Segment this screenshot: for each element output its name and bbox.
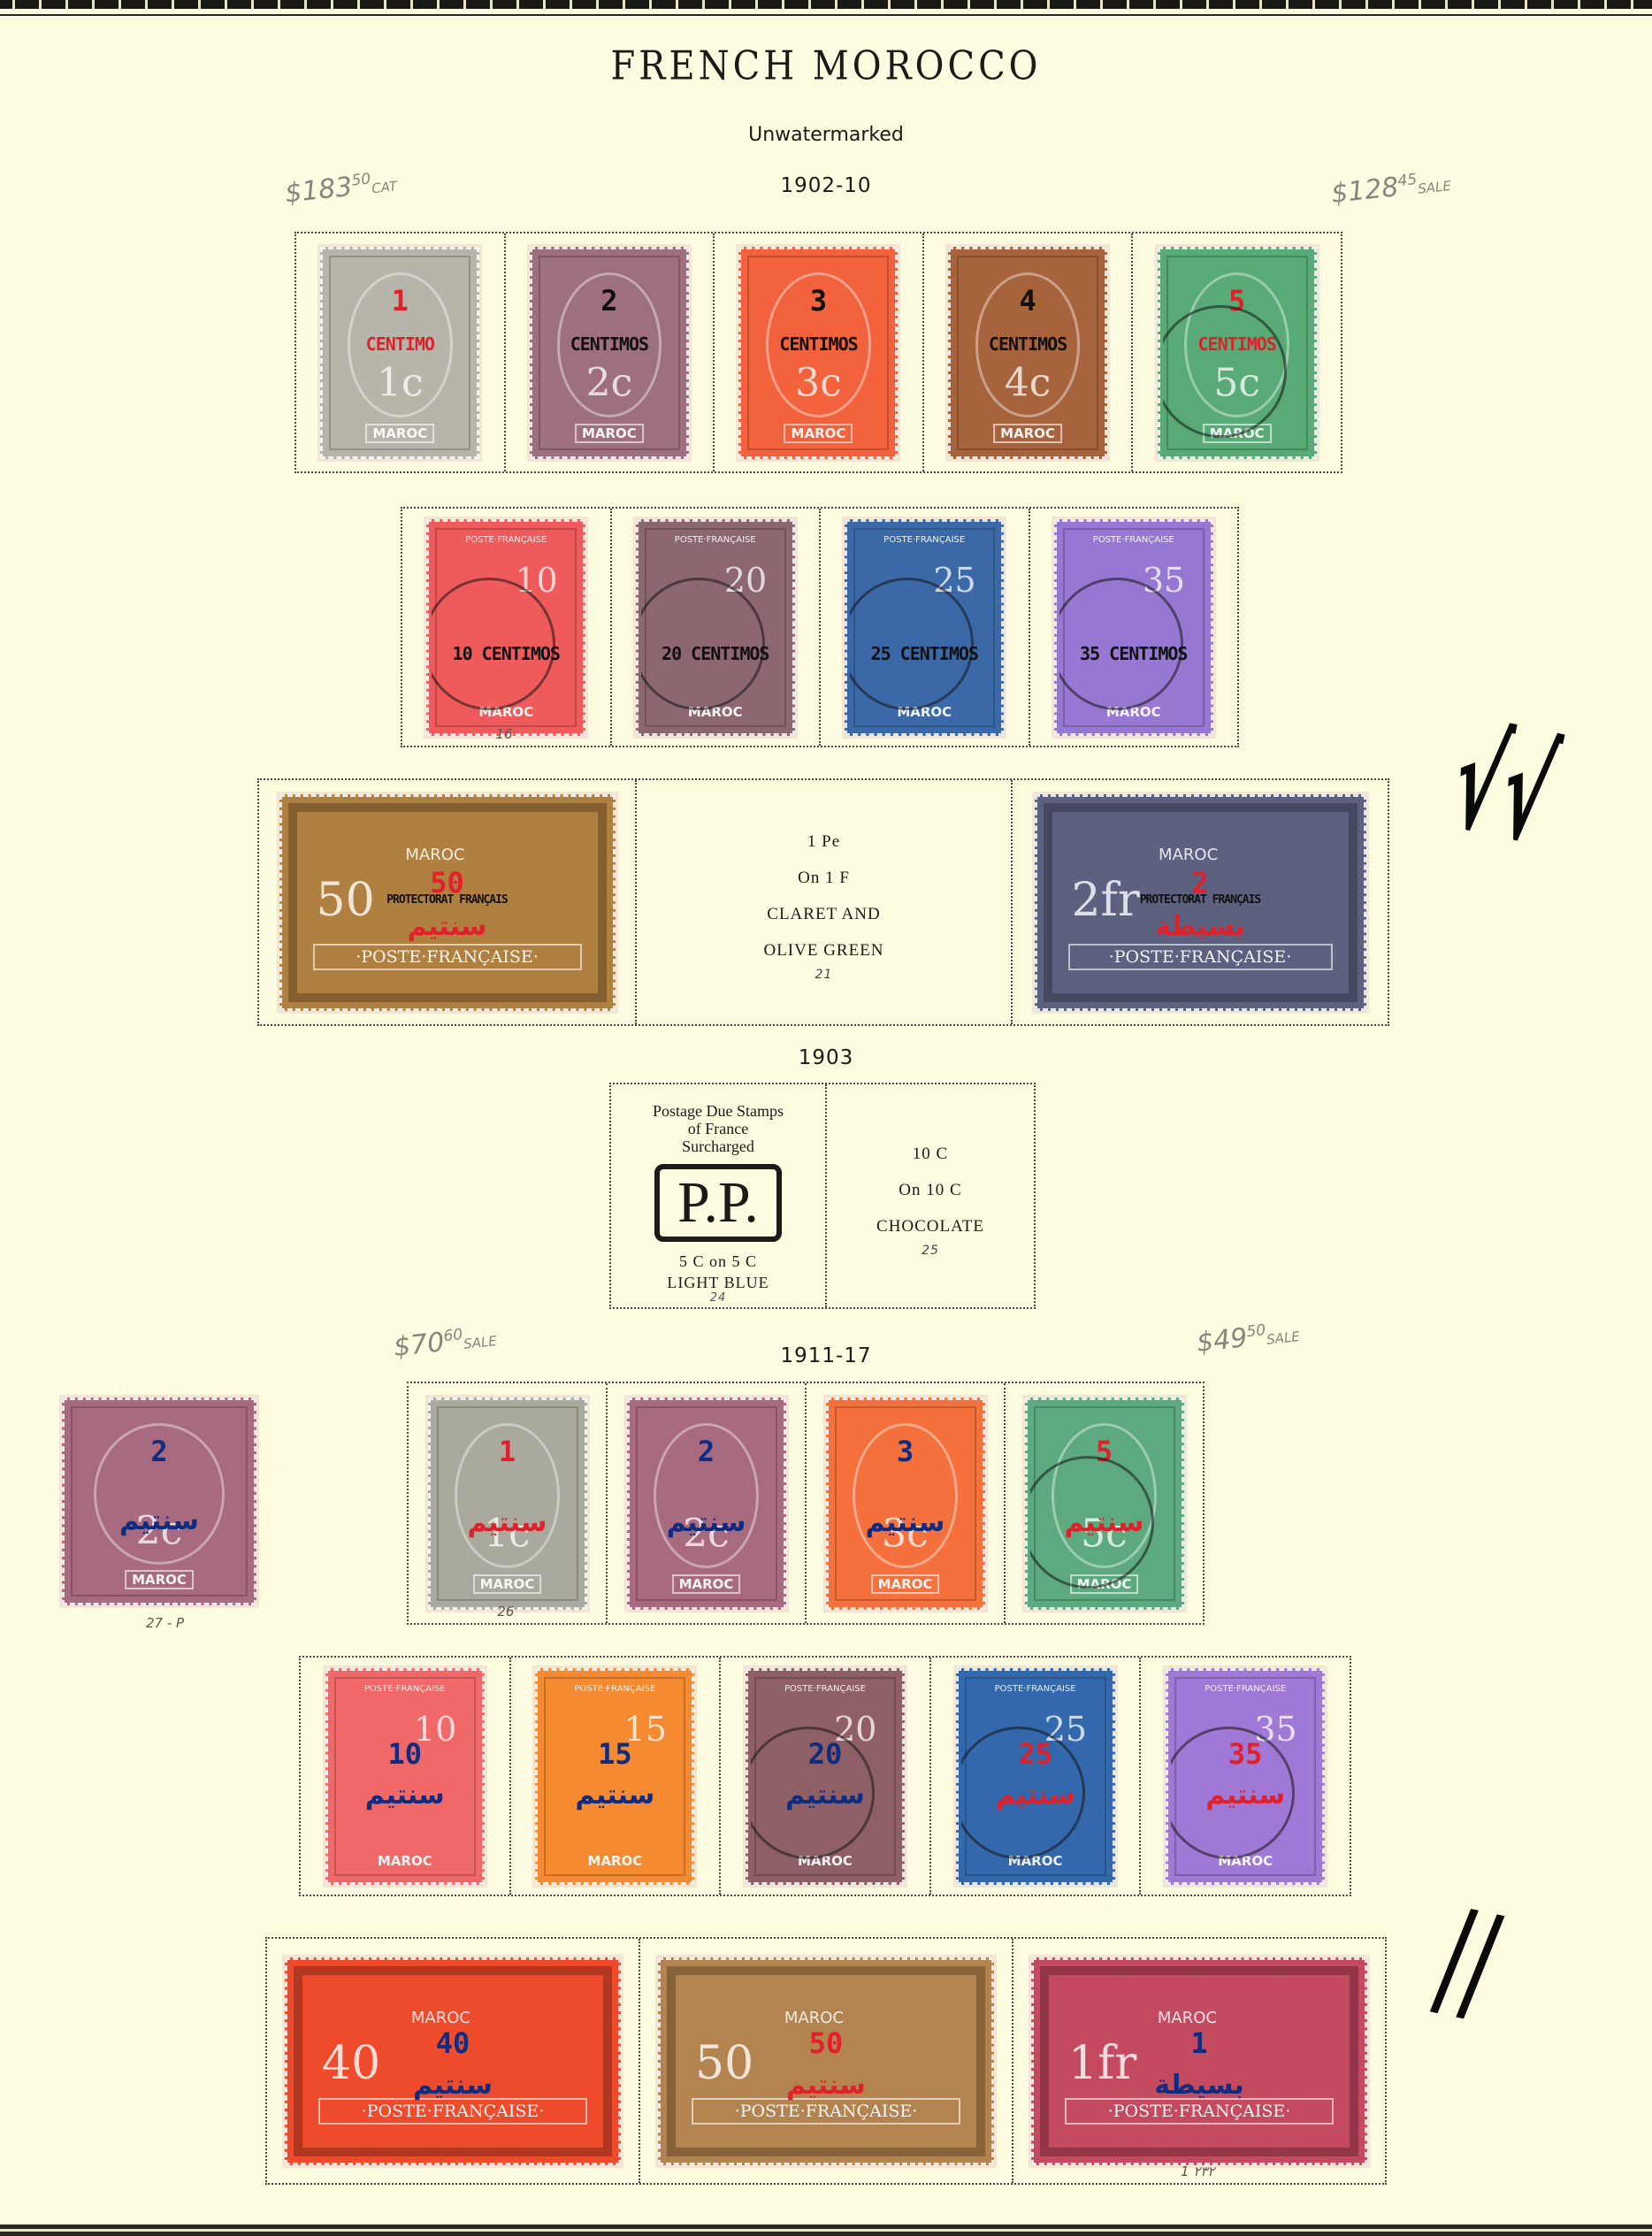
surcharge-value: 4 xyxy=(1019,284,1036,318)
double-check-mark-icon: // xyxy=(1426,1880,1510,2042)
stamp-country-label: MAROC xyxy=(473,1574,542,1594)
catalog-note: 21 xyxy=(763,969,883,981)
stamp-frame: MAROC2fr·POSTE·FRANÇAISE·2PROTECTORAT FR… xyxy=(1044,803,1358,1002)
stamp-slot: POSTE·FRANÇAISE35MAROC35 CENTIMOS xyxy=(1030,509,1238,746)
surcharge-text: CENTIMO xyxy=(366,333,434,355)
stamp-slot: MAROC50·POSTE·FRANÇAISE·50PROTECTORAT FR… xyxy=(259,780,637,1024)
desc-line: 1 Pe xyxy=(763,823,883,860)
stamp: 2cMAROC2سنتيم xyxy=(62,1397,256,1605)
top-decorative-border xyxy=(0,0,1652,9)
stamp-slot: 3cMAROC3CENTIMOS xyxy=(715,234,924,471)
arabic-surcharge: سنتيم xyxy=(866,1507,945,1538)
description-slot: 1 Pe On 1 F CLARET AND OLIVE GREEN 21 xyxy=(637,780,1013,1024)
desc-line: LIGHT BLUE xyxy=(667,1272,769,1293)
stamp-slot: POSTE·FRANÇAISE20MAROC20 CENTIMOS xyxy=(612,509,822,746)
arabic-surcharge: بسيطة xyxy=(1155,911,1244,942)
postage-due-header: Postage Due Stamps of France Surcharged xyxy=(653,1102,784,1155)
stamp-frame: MAROC50·POSTE·FRANÇAISE·50PROTECTORAT FR… xyxy=(288,803,607,1002)
stamp-face-value: 50 xyxy=(317,874,375,927)
postmark-cancel xyxy=(1158,305,1287,438)
stamp-country-label: MAROC xyxy=(993,424,1062,443)
stamp-slot: 4cMAROC4CENTIMOS xyxy=(924,234,1134,471)
postage-due-right-desc: 10 C On 10 C CHOCOLATE 25 xyxy=(876,1136,984,1257)
stamp-slot: 5cMAROC5CENTIMOS xyxy=(1133,234,1341,471)
stamp: POSTE·FRANÇAISE10MAROC10 CENTIMOS xyxy=(426,519,585,736)
stamp-slot: POSTE·FRANÇAISE25MAROC25سنتيم xyxy=(931,1658,1142,1895)
desc-line: CHOCOLATE xyxy=(876,1208,984,1244)
stamp-frame: 3cMAROC3CENTIMOS xyxy=(747,256,889,450)
stamp: MAROC40·POSTE·FRANÇAISE·40سنتيم xyxy=(285,1957,621,2165)
stamp-row-1911-a: 1cMAROC1سنتيم262cMAROC2سنتيم3cMAROC3سنتي… xyxy=(407,1382,1205,1625)
postage-due-right: 10 C On 10 C CHOCOLATE 25 xyxy=(827,1084,1034,1307)
stamp-country-label: MAROC xyxy=(125,1570,194,1589)
stamp-slot: POSTE·FRANÇAISE10MAROC10سنتيم xyxy=(301,1658,511,1895)
bottom-decorative-border xyxy=(0,2225,1652,2236)
stamp-face-value: 1c xyxy=(377,361,424,406)
stamp-face-value: 40 xyxy=(322,2037,380,2090)
postage-due-left: Postage Due Stamps of France Surcharged … xyxy=(611,1084,827,1307)
surcharge-value: 15 xyxy=(598,1737,632,1771)
surcharge-value: 3 xyxy=(810,284,827,318)
double-check-mark-icon: √√ xyxy=(1440,703,1567,874)
postmark-cancel xyxy=(845,578,974,710)
catalog-note: 25 xyxy=(876,1244,984,1257)
stamp-face-value: 50 xyxy=(695,2037,753,2090)
pp-overprint-box: P.P. xyxy=(654,1164,782,1242)
stamp-slot: 2cMAROC2سنتيم xyxy=(608,1383,807,1623)
stamp-banner: ·POSTE·FRANÇAISE· xyxy=(318,2098,587,2125)
stamp-header: POSTE·FRANÇAISE xyxy=(465,535,547,545)
header-line: of France xyxy=(653,1120,784,1137)
stamp: 1cMAROC1CENTIMO xyxy=(320,247,479,459)
stamp-slot: 2cMAROC2CENTIMOS xyxy=(506,234,715,471)
top-rule xyxy=(0,14,1652,16)
stamp-row-1902-a: 1cMAROC1CENTIMO2cMAROC2CENTIMOS3cMAROC3C… xyxy=(294,232,1342,473)
header-line: Surcharged xyxy=(653,1137,784,1155)
stamp: POSTE·FRANÇAISE20MAROC20سنتيم xyxy=(746,1668,905,1885)
desc-line: 5 C on 5 C xyxy=(667,1251,769,1272)
stamp: 3cMAROC3CENTIMOS xyxy=(738,247,898,459)
arabic-surcharge: سنتيم xyxy=(468,1507,547,1538)
surcharge-value: 1 xyxy=(499,1435,516,1468)
surcharge-value: 2 xyxy=(600,284,617,318)
surcharge-text: PROTECTORAT FRANÇAIS xyxy=(1140,893,1261,907)
desc-line: On 1 F xyxy=(763,860,883,896)
stamp-slot: POSTE·FRANÇAISE35MAROC35سنتيم xyxy=(1141,1658,1350,1895)
surcharge-value: 1 xyxy=(1190,2026,1207,2060)
stamp-row-1911-b: POSTE·FRANÇAISE10MAROC10سنتيمPOSTE·FRANÇ… xyxy=(299,1656,1351,1896)
stamp-frame: MAROC40·POSTE·FRANÇAISE·40سنتيم xyxy=(294,1966,612,2156)
arabic-surcharge: سنتيم xyxy=(786,2070,866,2101)
surcharge-value: 50 xyxy=(809,2026,844,2060)
stamp-country-label: MAROC xyxy=(672,1574,741,1594)
stamp: POSTE·FRANÇAISE10MAROC10سنتيم xyxy=(325,1668,485,1885)
surcharge-value: 10 xyxy=(388,1737,423,1771)
stamp-slot: 5cMAROC5سنتيم xyxy=(1006,1383,1203,1623)
stamp-face-value: 1fr xyxy=(1068,2037,1136,2090)
stamp-banner: ·POSTE·FRANÇAISE· xyxy=(1065,2098,1334,2125)
stamp-frame: 1cMAROC1CENTIMO xyxy=(329,256,470,450)
postmark-cancel xyxy=(1166,1727,1295,1859)
stamp-header: POSTE·FRANÇAISE xyxy=(1093,535,1174,545)
surcharge-text: PROTECTORAT FRANÇAIS xyxy=(386,893,508,907)
stamp-header: POSTE·FRANÇAISE xyxy=(883,535,965,545)
stamp-slot: 1cMAROC1سنتيم26 xyxy=(409,1383,608,1623)
stamp-country-label: MAROC xyxy=(575,424,644,443)
stamp: POSTE·FRANÇAISE35MAROC35 CENTIMOS xyxy=(1054,519,1213,736)
stamp-frame: MAROC50·POSTE·FRANÇAISE·50سنتيم xyxy=(667,1966,985,2156)
stamp-slot: 1cMAROC1CENTIMO xyxy=(296,234,506,471)
desc-line: On 10 C xyxy=(876,1172,984,1208)
stamp-country-label: MAROC xyxy=(411,2009,470,2027)
stamp-slot: MAROC1fr·POSTE·FRANÇAISE·1بسيطة1 ٢٣٢ xyxy=(1013,1939,1385,2183)
stamp-slot: MAROC50·POSTE·FRANÇAISE·50سنتيم xyxy=(640,1939,1013,2183)
arabic-surcharge: سنتيم xyxy=(667,1507,746,1538)
surcharge-text: CENTIMOS xyxy=(989,333,1067,355)
arabic-surcharge: سنتيم xyxy=(365,1780,445,1811)
page-subtitle: Unwatermarked xyxy=(0,124,1652,146)
stamp: 2cMAROC2CENTIMOS xyxy=(530,247,689,459)
stamp-country-label: MAROC xyxy=(1159,846,1218,864)
section-year-1902-10: 1902-10 xyxy=(0,174,1652,197)
stamp-face-value: 2c xyxy=(586,361,633,406)
surcharge-value: 2 xyxy=(698,1435,715,1468)
stamp-face-value: 4c xyxy=(1005,361,1052,406)
stamp-country-label: MAROC xyxy=(372,1853,438,1869)
postmark-cancel xyxy=(1025,1456,1154,1589)
stamp-frame: 3cMAROC3سنتيم xyxy=(835,1406,976,1601)
stamp-country-label: MAROC xyxy=(784,424,853,443)
stamp: MAROC1fr·POSTE·FRANÇAISE·1بسيطة xyxy=(1031,1957,1367,2165)
postmark-cancel xyxy=(1054,578,1183,710)
stamp-header: POSTE·FRANÇAISE xyxy=(675,535,756,545)
stamp-frame: MAROC1fr·POSTE·FRANÇAISE·1بسيطة xyxy=(1040,1966,1358,2156)
stamp-row-1911-c: MAROC40·POSTE·FRANÇAISE·40سنتيمMAROC50·P… xyxy=(265,1937,1387,2185)
stamp-slot: POSTE·FRANÇAISE10MAROC10 CENTIMOS16 xyxy=(402,509,612,746)
stamp-header: POSTE·FRANÇAISE xyxy=(995,1684,1076,1694)
page-title: FRENCH MOROCCO xyxy=(0,43,1652,89)
postmark-cancel xyxy=(956,1727,1085,1859)
surcharge-value: 3 xyxy=(897,1435,914,1468)
catalog-note: 27 - P xyxy=(146,1615,184,1631)
stamp-slot: MAROC2fr·POSTE·FRANÇAISE·2PROTECTORAT FR… xyxy=(1013,780,1388,1024)
stamp: POSTE·FRANÇAISE20MAROC20 CENTIMOS xyxy=(636,519,795,736)
stamp-banner: ·POSTE·FRANÇAISE· xyxy=(313,944,582,970)
arabic-surcharge: بسيطة xyxy=(1154,2070,1243,2101)
section-year-1911-17: 1911-17 xyxy=(0,1344,1652,1367)
stamp-frame: POSTE·FRANÇAISE10MAROC10سنتيم xyxy=(334,1677,476,1876)
stamp-country-label: MAROC xyxy=(582,1853,647,1869)
catalog-note: 24 xyxy=(667,1293,769,1304)
stamp-header: POSTE·FRANÇAISE xyxy=(364,1684,446,1694)
stamp: 3cMAROC3سنتيم xyxy=(826,1397,985,1610)
stamp-banner: ·POSTE·FRANÇAISE· xyxy=(1068,944,1333,970)
postmark-cancel xyxy=(746,1727,875,1859)
stamp: MAROC50·POSTE·FRANÇAISE·50PROTECTORAT FR… xyxy=(279,794,616,1011)
stamp: MAROC50·POSTE·FRANÇAISE·50سنتيم xyxy=(658,1957,994,2165)
stamp-frame: 1cMAROC1سنتيم xyxy=(437,1406,578,1601)
header-line: Postage Due Stamps xyxy=(653,1102,784,1120)
stamp: 4cMAROC4CENTIMOS xyxy=(948,247,1107,459)
stamp-country-label: MAROC xyxy=(1158,2009,1217,2027)
stamp-row-1902-c: MAROC50·POSTE·FRANÇAISE·50PROTECTORAT FR… xyxy=(257,778,1389,1026)
stamp: POSTE·FRANÇAISE25MAROC25 CENTIMOS xyxy=(845,519,1004,736)
section-year-1903: 1903 xyxy=(0,1046,1652,1069)
postmark-cancel xyxy=(636,578,765,710)
stamp-frame: 2cMAROC2CENTIMOS xyxy=(539,256,680,450)
stamp-frame: 2cMAROC2سنتيم xyxy=(636,1406,777,1601)
stamp-slot: POSTE·FRANÇAISE15MAROC15سنتيم xyxy=(511,1658,722,1895)
surcharge-text: CENTIMOS xyxy=(570,333,648,355)
stamp-face-value: 2fr xyxy=(1072,874,1140,927)
stamp: POSTE·FRANÇAISE25MAROC25سنتيم xyxy=(956,1668,1115,1885)
arabic-surcharge: سنتيم xyxy=(408,911,487,942)
stamp-header: POSTE·FRANÇAISE xyxy=(574,1684,655,1694)
stamp-frame: 4cMAROC4CENTIMOS xyxy=(957,256,1098,450)
desc-line: OLIVE GREEN xyxy=(763,932,883,969)
postage-due-block: Postage Due Stamps of France Surcharged … xyxy=(609,1083,1036,1309)
postage-due-left-desc: 5 C on 5 C LIGHT BLUE 24 xyxy=(667,1251,769,1304)
stamp-country-label: MAROC xyxy=(784,2009,844,2027)
arabic-surcharge: سنتيم xyxy=(576,1780,655,1811)
surcharge-text: CENTIMOS xyxy=(779,333,857,355)
stamp-frame: 2cMAROC2سنتيم xyxy=(71,1406,248,1597)
stamp-header: POSTE·FRANÇAISE xyxy=(784,1684,866,1694)
stamp-country-label: MAROC xyxy=(405,846,464,864)
postmark-cancel xyxy=(426,578,555,710)
stamp: POSTE·FRANÇAISE35MAROC35سنتيم xyxy=(1166,1668,1325,1885)
stamp-description: 1 Pe On 1 F CLARET AND OLIVE GREEN 21 xyxy=(763,823,883,981)
stamp-country-label: MAROC xyxy=(365,424,434,443)
surcharge-value: 40 xyxy=(436,2026,470,2060)
arabic-surcharge: سنتيم xyxy=(119,1505,199,1536)
loose-stamp-slot: 2cMAROC2سنتيم xyxy=(62,1397,256,1605)
stamp-country-label: MAROC xyxy=(871,1574,940,1594)
catalog-note: 1 ٢٣٢ xyxy=(1181,2163,1214,2179)
catalog-note: 16 xyxy=(496,726,513,742)
catalog-note: 26 xyxy=(497,1604,514,1620)
stamp-frame: POSTE·FRANÇAISE15MAROC15سنتيم xyxy=(544,1677,685,1876)
stamp: 5cMAROC5CENTIMOS xyxy=(1158,247,1317,459)
stamp-row-1902-b: POSTE·FRANÇAISE10MAROC10 CENTIMOS16POSTE… xyxy=(401,507,1239,747)
stamp-slot: POSTE·FRANÇAISE25MAROC25 CENTIMOS xyxy=(821,509,1030,746)
stamp-slot: MAROC40·POSTE·FRANÇAISE·40سنتيم xyxy=(267,1939,640,2183)
desc-line: CLARET AND xyxy=(763,896,883,932)
stamp-slot: 3cMAROC3سنتيم xyxy=(807,1383,1006,1623)
stamp: 1cMAROC1سنتيم xyxy=(428,1397,587,1610)
stamp-slot: POSTE·FRANÇAISE20MAROC20سنتيم xyxy=(721,1658,931,1895)
surcharge-value: 1 xyxy=(392,284,409,318)
arabic-surcharge: سنتيم xyxy=(413,2070,493,2101)
surcharge-value: 2 xyxy=(150,1435,167,1468)
stamp-face-value: 3c xyxy=(795,361,842,406)
stamp-banner: ·POSTE·FRANÇAISE· xyxy=(692,2098,960,2125)
stamp: 2cMAROC2سنتيم xyxy=(627,1397,786,1610)
stamp-header: POSTE·FRANÇAISE xyxy=(1205,1684,1286,1694)
stamp: MAROC2fr·POSTE·FRANÇAISE·2PROTECTORAT FR… xyxy=(1035,794,1366,1011)
stamp: POSTE·FRANÇAISE15MAROC15سنتيم xyxy=(535,1668,694,1885)
stamp: 5cMAROC5سنتيم xyxy=(1025,1397,1184,1610)
desc-line: 10 C xyxy=(876,1136,984,1172)
